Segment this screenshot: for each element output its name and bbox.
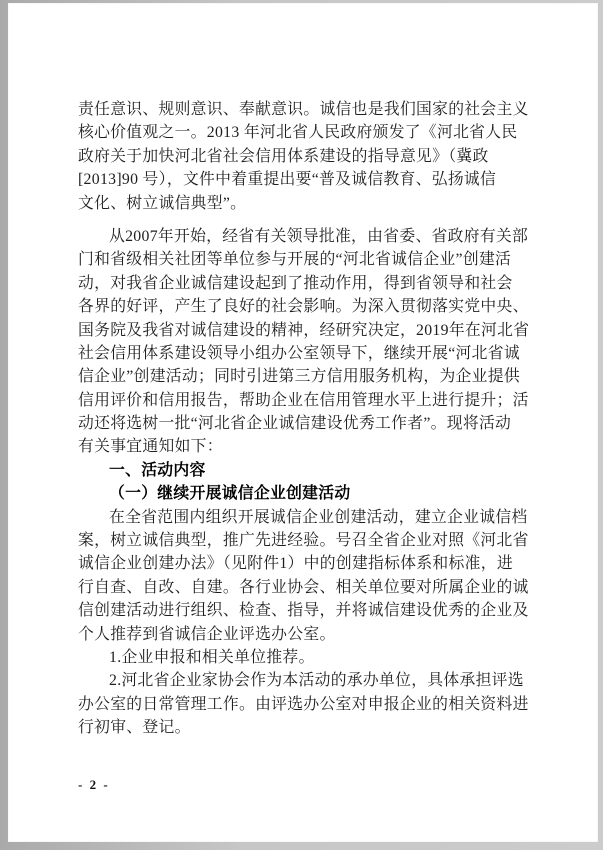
numbered-item: 1.企业申报和相关单位推荐。 (78, 646, 538, 669)
text-line: 社会信用体系建设领导小组办公室领导下，继续开展“河北省诚 (78, 342, 538, 365)
paragraph-continuation: 责任意识、规则意识、奉献意识。诚信也是我们国家的社会主义 核心价值观之一。201… (78, 98, 538, 215)
page-number: - 2 - (78, 777, 110, 793)
text-line: 门和省级相关社团等单位参与开展的“河北省诚信企业”创建活 (78, 248, 538, 271)
text-line: 信创建活动进行组织、检查、指导，并将诚信建设优秀的企业及 (78, 599, 538, 622)
text-line: 诚信企业创建办法》（见附件1）中的创建指标体系和标准，进 (78, 552, 538, 575)
text-line: 在全省范围内组织开展诚信企业创建活动，建立企业诚信档 (78, 506, 538, 529)
text-line: 从2007年开始，经省有关领导批准，由省委、省政府有关部 (78, 225, 538, 248)
text-line: 办公室的日常管理工作。由评选办公室对申报企业的相关资料进 (78, 693, 538, 716)
text-line: 信企业”创建活动；同时引进第三方信用服务机构，为企业提供 (78, 365, 538, 388)
paragraph: 在全省范围内组织开展诚信企业创建活动，建立企业诚信档 案，树立诚信典型，推广先进… (78, 506, 538, 646)
text-line: 各界的好评，产生了良好的社会影响。为深入贯彻落实党中央、 (78, 295, 538, 318)
text-line: 文化、树立诚信典型”。 (78, 192, 538, 215)
paragraph: 从2007年开始，经省有关领导批准，由省委、省政府有关部 门和省级相关社团等单位… (78, 225, 538, 459)
numbered-item: 2.河北省企业家协会作为本活动的承办单位，具体承担评选 办公室的日常管理工作。由… (78, 669, 538, 739)
text-line: （一）继续开展诚信企业创建活动 (78, 482, 538, 505)
body-text: 责任意识、规则意识、奉献意识。诚信也是我们国家的社会主义 核心价值观之一。201… (78, 98, 538, 740)
text-line: 有关事宜通知如下： (78, 435, 538, 458)
document-viewer: { "page": { "number_label": "- 2 -" }, "… (0, 0, 603, 850)
text-line: 一、活动内容 (78, 459, 538, 482)
text-line: 责任意识、规则意识、奉献意识。诚信也是我们国家的社会主义 (78, 98, 538, 121)
document-page: 责任意识、规则意识、奉献意识。诚信也是我们国家的社会主义 核心价值观之一。201… (8, 3, 598, 842)
text-line: 行自查、自改、自建。各行业协会、相关单位要对所属企业的诚 (78, 576, 538, 599)
text-line: [2013]90 号），文件中着重提出要“普及诚信教育、弘扬诚信 (78, 168, 538, 191)
text-line: 核心价值观之一。2013 年河北省人民政府颁发了《河北省人民 (78, 121, 538, 144)
text-line: 1.企业申报和相关单位推荐。 (78, 646, 538, 669)
text-line: 动，对我省企业诚信建设起到了推动作用，得到省领导和社会 (78, 272, 538, 295)
text-line: 动还将选树一批“河北省企业诚信建设优秀工作者”。现将活动 (78, 412, 538, 435)
text-line: 信用评价和信用报告，帮助企业在信用管理水平上进行提升；活 (78, 389, 538, 412)
text-line: 行初审、登记。 (78, 716, 538, 739)
text-line: 政府关于加快河北省社会信用体系建设的指导意见》（冀政 (78, 145, 538, 168)
text-line: 2.河北省企业家协会作为本活动的承办单位，具体承担评选 (78, 669, 538, 692)
section-heading: 一、活动内容 (78, 459, 538, 482)
text-line: 国务院及我省对诚信建设的精神，经研究决定，2019年在河北省 (78, 319, 538, 342)
subsection-heading: （一）继续开展诚信企业创建活动 (78, 482, 538, 505)
text-line: 案，树立诚信典型，推广先进经验。号召全省企业对照《河北省 (78, 529, 538, 552)
text-line: 个人推荐到省诚信企业评选办公室。 (78, 623, 538, 646)
